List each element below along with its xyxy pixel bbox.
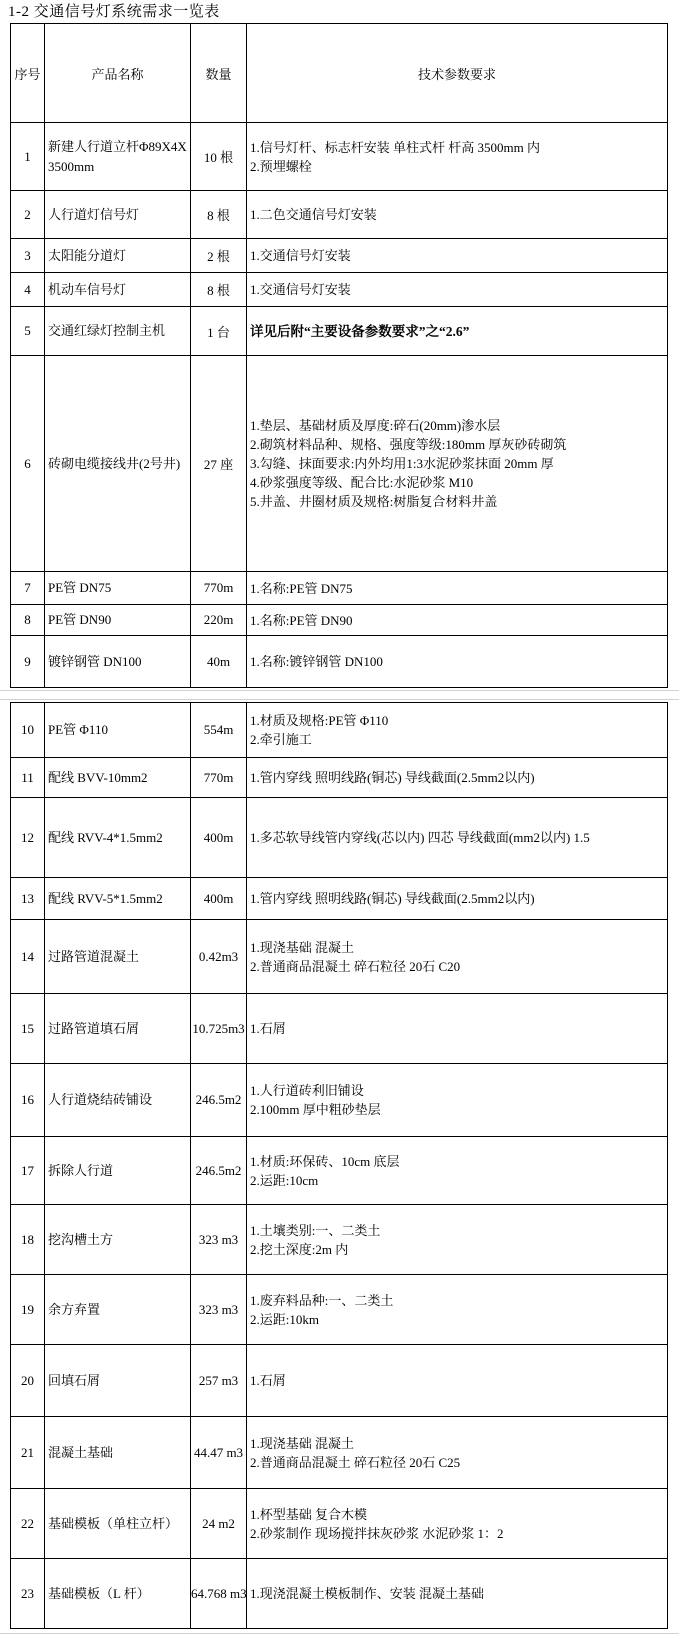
table-row: 9 镀锌钢管 DN100 40m 1.名称:镀锌钢管 DN100 [11,636,668,688]
quantity-cell: 220m [191,605,247,636]
row-number-cell: 1 [11,123,45,191]
product-name-cell: 挖沟槽土方 [45,1205,191,1275]
param-line: 2.牵引施工 [250,730,665,749]
row-number-cell: 19 [11,1275,45,1345]
tech-params-cell: 1.土壤类别:一、二类土2.挖土深度:2m 内 [247,1205,668,1275]
param-line: 1.材质及规格:PE管 Φ110 [250,711,665,730]
table-row: 15 过路管道填石屑 10.725m3 1.石屑 [11,994,668,1064]
param-line: 2.砌筑材料品种、规格、强度等级:180mm 厚灰砂砖砌筑 [250,435,665,454]
product-name-cell: 镀锌钢管 DN100 [45,636,191,688]
row-number-cell: 13 [11,878,45,920]
table-row: 14 过路管道混凝土 0.42m3 1.现浇基础 混凝土2.普通商品混凝土 碎石… [11,920,668,994]
tech-params-cell: 1.石屑 [247,994,668,1064]
table-body-page2: 10 PE管 Φ110 554m 1.材质及规格:PE管 Φ1102.牵引施工 … [11,703,668,1629]
page-bottom-line [0,1633,679,1634]
tech-params-cell: 1.废弃料品种:一、二类土2.运距:10km [247,1275,668,1345]
product-name-cell: 余方弃置 [45,1275,191,1345]
param-line: 2.砂浆制作 现场搅拌抹灰砂浆 水泥砂浆 1：2 [250,1524,665,1543]
param-line: 2.普通商品混凝土 碎石粒径 20石 C20 [250,957,665,976]
param-line: 1.石屑 [250,1019,665,1038]
product-name-cell: 基础模板（单柱立杆） [45,1489,191,1559]
param-line: 1.现浇基础 混凝土 [250,1434,665,1453]
tech-params-cell: 1.多芯软导线管内穿线(芯以内) 四芯 导线截面(mm2以内) 1.5 [247,798,668,878]
tech-params-cell: 1.现浇混凝土模板制作、安装 混凝土基础 [247,1559,668,1629]
document-page: 1-2 交通信号灯系统需求一览表 序号 产品名称 数量 技术参数要求 1 新建人… [0,0,689,1640]
row-number-cell: 22 [11,1489,45,1559]
quantity-cell: 8 根 [191,273,247,307]
tech-params-cell: 1.现浇基础 混凝土2.普通商品混凝土 碎石粒径 20石 C20 [247,920,668,994]
quantity-cell: 400m [191,798,247,878]
quantity-cell: 2 根 [191,239,247,273]
tech-params-cell: 1.垫层、基础材质及厚度:碎石(20mm)渗水层2.砌筑材料品种、规格、强度等级… [247,356,668,572]
param-line: 1.交通信号灯安装 [250,246,665,265]
row-number-cell: 23 [11,1559,45,1629]
tech-params-cell: 1.现浇基础 混凝土2.普通商品混凝土 碎石粒径 20石 C25 [247,1417,668,1489]
param-line: 1.材质:环保砖、10cm 底层 [250,1152,665,1171]
tech-params-cell: 1.交通信号灯安装 [247,239,668,273]
param-line: 1.垫层、基础材质及厚度:碎石(20mm)渗水层 [250,416,665,435]
product-name-cell: 混凝土基础 [45,1417,191,1489]
param-line: 1.废弃料品种:一、二类土 [250,1291,665,1310]
param-line: 详见后附“主要设备参数要求”之“2.6” [250,322,665,341]
tech-params-cell: 1.交通信号灯安装 [247,273,668,307]
table-row: 4 机动车信号灯 8 根 1.交通信号灯安装 [11,273,668,307]
quantity-cell: 64.768 m3 [191,1559,247,1629]
tech-params-cell: 1.管内穿线 照明线路(铜芯) 导线截面(2.5mm2以内) [247,878,668,920]
product-name-cell: 配线 BVV-10mm2 [45,758,191,798]
product-name-cell: 基础模板（L 杆） [45,1559,191,1629]
product-name-cell: PE管 DN90 [45,605,191,636]
param-line: 1.信号灯杆、标志杆安装 单柱式杆 杆高 3500mm 内 [250,138,665,157]
tech-params-cell: 1.名称:PE管 DN90 [247,605,668,636]
table-row: 2 人行道灯信号灯 8 根 1.二色交通信号灯安装 [11,191,668,239]
row-number-cell: 9 [11,636,45,688]
tech-params-cell: 1.杯型基础 复合木模2.砂浆制作 现场搅拌抹灰砂浆 水泥砂浆 1：2 [247,1489,668,1559]
product-name-cell: 新建人行道立杆Φ89X4X3500mm [45,123,191,191]
param-line: 1.名称:PE管 DN75 [250,579,665,598]
quantity-cell: 323 m3 [191,1275,247,1345]
column-header-params: 技术参数要求 [247,24,668,123]
page-title: 1-2 交通信号灯系统需求一览表 [0,0,689,23]
column-header-name: 产品名称 [45,24,191,123]
tech-params-cell: 1.人行道砖利旧铺设2.100mm 厚中粗砂垫层 [247,1064,668,1137]
row-number-cell: 15 [11,994,45,1064]
product-name-cell: 机动车信号灯 [45,273,191,307]
product-name-cell: 砖砌电缆接线井(2号井) [45,356,191,572]
row-number-cell: 12 [11,798,45,878]
table-row: 22 基础模板（单柱立杆） 24 m2 1.杯型基础 复合木模2.砂浆制作 现场… [11,1489,668,1559]
quantity-cell: 10 根 [191,123,247,191]
product-name-cell: 过路管道混凝土 [45,920,191,994]
param-line: 2.运距:10km [250,1310,665,1329]
product-name-cell: 太阳能分道灯 [45,239,191,273]
quantity-cell: 24 m2 [191,1489,247,1559]
tech-params-cell: 1.信号灯杆、标志杆安装 单柱式杆 杆高 3500mm 内2.预埋螺栓 [247,123,668,191]
table-row: 10 PE管 Φ110 554m 1.材质及规格:PE管 Φ1102.牵引施工 [11,703,668,758]
param-line: 2.预埋螺栓 [250,157,665,176]
product-name-cell: 配线 RVV-4*1.5mm2 [45,798,191,878]
quantity-cell: 27 座 [191,356,247,572]
row-number-cell: 2 [11,191,45,239]
quantity-cell: 770m [191,572,247,605]
param-line: 1.管内穿线 照明线路(铜芯) 导线截面(2.5mm2以内) [250,768,665,787]
table-row: 11 配线 BVV-10mm2 770m 1.管内穿线 照明线路(铜芯) 导线截… [11,758,668,798]
product-name-cell: 人行道灯信号灯 [45,191,191,239]
page-break-divider [0,690,679,700]
tech-params-cell: 1.材质:环保砖、10cm 底层2.运距:10cm [247,1137,668,1205]
table-row: 8 PE管 DN90 220m 1.名称:PE管 DN90 [11,605,668,636]
row-number-cell: 8 [11,605,45,636]
column-header-qty: 数量 [191,24,247,123]
tech-params-cell: 1.材质及规格:PE管 Φ1102.牵引施工 [247,703,668,758]
row-number-cell: 17 [11,1137,45,1205]
table-row: 12 配线 RVV-4*1.5mm2 400m 1.多芯软导线管内穿线(芯以内)… [11,798,668,878]
row-number-cell: 14 [11,920,45,994]
param-line: 4.砂浆强度等级、配合比:水泥砂浆 M10 [250,473,665,492]
row-number-cell: 21 [11,1417,45,1489]
product-name-cell: PE管 Φ110 [45,703,191,758]
requirements-table-page1: 序号 产品名称 数量 技术参数要求 1 新建人行道立杆Φ89X4X3500mm … [10,23,668,688]
param-line: 1.二色交通信号灯安装 [250,205,665,224]
table-row: 21 混凝土基础 44.47 m3 1.现浇基础 混凝土2.普通商品混凝土 碎石… [11,1417,668,1489]
table-row: 17 拆除人行道 246.5m2 1.材质:环保砖、10cm 底层2.运距:10… [11,1137,668,1205]
param-line: 1.多芯软导线管内穿线(芯以内) 四芯 导线截面(mm2以内) 1.5 [250,828,665,847]
param-line: 1.土壤类别:一、二类土 [250,1221,665,1240]
product-name-cell: 过路管道填石屑 [45,994,191,1064]
row-number-cell: 3 [11,239,45,273]
tech-params-cell: 1.名称:镀锌钢管 DN100 [247,636,668,688]
quantity-cell: 554m [191,703,247,758]
row-number-cell: 20 [11,1345,45,1417]
quantity-cell: 10.725m3 [191,994,247,1064]
column-header-no: 序号 [11,24,45,123]
quantity-cell: 246.5m2 [191,1137,247,1205]
tech-params-cell: 1.管内穿线 照明线路(铜芯) 导线截面(2.5mm2以内) [247,758,668,798]
product-name-cell: 拆除人行道 [45,1137,191,1205]
param-line: 2.普通商品混凝土 碎石粒径 20石 C25 [250,1453,665,1472]
tech-params-cell: 详见后附“主要设备参数要求”之“2.6” [247,307,668,356]
tech-params-cell: 1.二色交通信号灯安装 [247,191,668,239]
param-line: 1.现浇混凝土模板制作、安装 混凝土基础 [250,1584,665,1603]
param-line: 5.井盖、井圈材质及规格:树脂复合材料井盖 [250,492,665,511]
table-row: 1 新建人行道立杆Φ89X4X3500mm 10 根 1.信号灯杆、标志杆安装 … [11,123,668,191]
row-number-cell: 7 [11,572,45,605]
quantity-cell: 257 m3 [191,1345,247,1417]
quantity-cell: 0.42m3 [191,920,247,994]
quantity-cell: 246.5m2 [191,1064,247,1137]
table-body-page1: 1 新建人行道立杆Φ89X4X3500mm 10 根 1.信号灯杆、标志杆安装 … [11,123,668,688]
row-number-cell: 5 [11,307,45,356]
product-name-cell: 配线 RVV-5*1.5mm2 [45,878,191,920]
param-line: 3.勾缝、抹面要求:内外均用1:3水泥砂浆抹面 20mm 厚 [250,454,665,473]
param-line: 1.交通信号灯安装 [250,280,665,299]
row-number-cell: 11 [11,758,45,798]
table-row: 23 基础模板（L 杆） 64.768 m3 1.现浇混凝土模板制作、安装 混凝… [11,1559,668,1629]
row-number-cell: 18 [11,1205,45,1275]
row-number-cell: 16 [11,1064,45,1137]
quantity-cell: 400m [191,878,247,920]
table-row: 18 挖沟槽土方 323 m3 1.土壤类别:一、二类土2.挖土深度:2m 内 [11,1205,668,1275]
requirements-table-page2: 10 PE管 Φ110 554m 1.材质及规格:PE管 Φ1102.牵引施工 … [10,702,668,1629]
param-line: 1.名称:PE管 DN90 [250,611,665,630]
table-row: 20 回填石屑 257 m3 1.石屑 [11,1345,668,1417]
tech-params-cell: 1.名称:PE管 DN75 [247,572,668,605]
row-number-cell: 10 [11,703,45,758]
param-line: 2.挖土深度:2m 内 [250,1240,665,1259]
table-row: 3 太阳能分道灯 2 根 1.交通信号灯安装 [11,239,668,273]
table-row: 19 余方弃置 323 m3 1.废弃料品种:一、二类土2.运距:10km [11,1275,668,1345]
quantity-cell: 1 台 [191,307,247,356]
param-line: 1.现浇基础 混凝土 [250,938,665,957]
param-line: 1.名称:镀锌钢管 DN100 [250,652,665,671]
product-name-cell: 人行道烧结砖铺设 [45,1064,191,1137]
table-row: 7 PE管 DN75 770m 1.名称:PE管 DN75 [11,572,668,605]
quantity-cell: 40m [191,636,247,688]
quantity-cell: 323 m3 [191,1205,247,1275]
param-line: 2.100mm 厚中粗砂垫层 [250,1100,665,1119]
table-row: 16 人行道烧结砖铺设 246.5m2 1.人行道砖利旧铺设2.100mm 厚中… [11,1064,668,1137]
product-name-cell: 回填石屑 [45,1345,191,1417]
param-line: 1.管内穿线 照明线路(铜芯) 导线截面(2.5mm2以内) [250,889,665,908]
tech-params-cell: 1.石屑 [247,1345,668,1417]
param-line: 2.运距:10cm [250,1171,665,1190]
table-row: 13 配线 RVV-5*1.5mm2 400m 1.管内穿线 照明线路(铜芯) … [11,878,668,920]
row-number-cell: 6 [11,356,45,572]
quantity-cell: 8 根 [191,191,247,239]
product-name-cell: 交通红绿灯控制主机 [45,307,191,356]
header-row: 序号 产品名称 数量 技术参数要求 [11,24,668,123]
param-line: 1.人行道砖利旧铺设 [250,1081,665,1100]
table-row: 6 砖砌电缆接线井(2号井) 27 座 1.垫层、基础材质及厚度:碎石(20mm… [11,356,668,572]
quantity-cell: 44.47 m3 [191,1417,247,1489]
param-line: 1.石屑 [250,1371,665,1390]
table-row: 5 交通红绿灯控制主机 1 台 详见后附“主要设备参数要求”之“2.6” [11,307,668,356]
quantity-cell: 770m [191,758,247,798]
row-number-cell: 4 [11,273,45,307]
param-line: 1.杯型基础 复合木模 [250,1505,665,1524]
product-name-cell: PE管 DN75 [45,572,191,605]
